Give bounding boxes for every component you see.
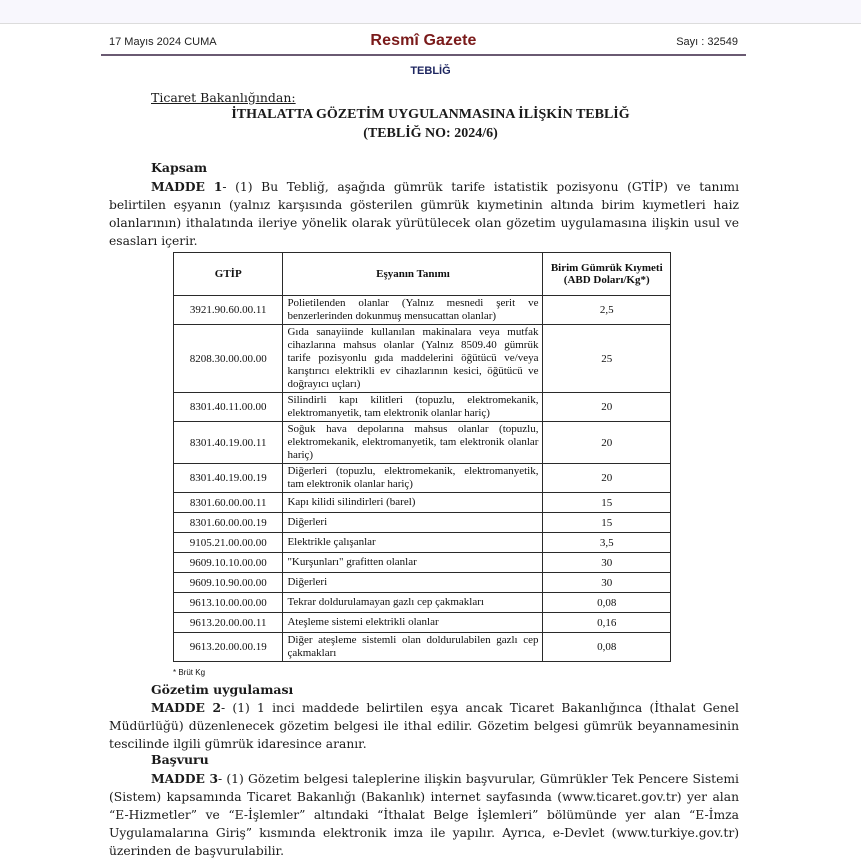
table-footnote: * Brüt Kg <box>173 668 205 677</box>
table-row: 8301.40.19.00.19Diğerleri (topuzlu, elek… <box>174 464 671 493</box>
gtip-cell: 8301.40.19.00.11 <box>174 422 283 464</box>
value-cell: 15 <box>543 513 671 533</box>
description-cell: Kapı kilidi silindirleri (barel) <box>283 493 543 513</box>
table-header-row: GTİP Eşyanın Tanımı Birim Gümrük Kıymeti… <box>174 253 671 296</box>
value-cell: 30 <box>543 553 671 573</box>
gtip-cell: 9613.20.00.00.11 <box>174 613 283 633</box>
col-gtip: GTİP <box>174 253 283 296</box>
table-row: 8301.60.00.00.11Kapı kilidi silindirleri… <box>174 493 671 513</box>
article-2-text: MADDE 2- (1) 1 inci maddede belirtilen e… <box>109 699 739 753</box>
value-cell: 0,08 <box>543 593 671 613</box>
description-cell: Silindirli kapı kilitleri (topuzlu, elek… <box>283 393 543 422</box>
gtip-cell: 9609.10.10.00.00 <box>174 553 283 573</box>
value-cell: 0,08 <box>543 633 671 662</box>
document-title: İTHALATTA GÖZETİM UYGULANMASINA İLİŞKİN … <box>0 107 861 123</box>
description-cell: Diğerleri (topuzlu, elektromekanik, elek… <box>283 464 543 493</box>
value-cell: 25 <box>543 325 671 393</box>
article-1-label: MADDE 1 <box>151 179 222 194</box>
document-number: (TEBLİĞ NO: 2024/6) <box>0 126 861 142</box>
table-row: 9609.10.90.00.00Diğerleri30 <box>174 573 671 593</box>
gazette-brand: Resmî Gazete <box>101 32 746 50</box>
description-cell: Polietilenden olanlar (Yalnız mesnedi şe… <box>283 296 543 325</box>
gtip-cell: 8301.40.11.00.00 <box>174 393 283 422</box>
value-cell: 0,16 <box>543 613 671 633</box>
col-unit-value: Birim Gümrük Kıymeti (ABD Doları/Kg*) <box>543 253 671 296</box>
description-cell: "Kurşunları" grafitten olanlar <box>283 553 543 573</box>
article-1-text: MADDE 1- (1) Bu Tebliğ, aşağıda gümrük t… <box>109 178 739 250</box>
article-3-text: MADDE 3- (1) Gözetim belgesi taleplerine… <box>109 770 739 860</box>
table-row: 3921.90.60.00.11Polietilenden olanlar (Y… <box>174 296 671 325</box>
article-3-heading: Başvuru <box>151 752 209 767</box>
description-cell: Diğerleri <box>283 513 543 533</box>
value-cell: 20 <box>543 464 671 493</box>
table-row: 9613.20.00.00.19Diğer ateşleme sistemli … <box>174 633 671 662</box>
description-cell: Soğuk hava depolarına mahsus olanlar (to… <box>283 422 543 464</box>
issue-number: Sayı : 32549 <box>676 36 738 48</box>
col-description: Eşyanın Tanımı <box>283 253 543 296</box>
article-1-heading: Kapsam <box>151 160 207 175</box>
ministry-name: Ticaret Bakanlığından: <box>151 90 296 105</box>
table-row: 9613.10.00.00.00Tekrar doldurulamayan ga… <box>174 593 671 613</box>
article-3-label: MADDE 3 <box>151 771 218 786</box>
description-cell: Diğer ateşleme sistemli olan doldurulabi… <box>283 633 543 662</box>
article-2-label: MADDE 2 <box>151 700 221 715</box>
gtip-cell: 9613.20.00.00.19 <box>174 633 283 662</box>
table-row: 9613.20.00.00.11Ateşleme sistemi elektri… <box>174 613 671 633</box>
section-label: TEBLİĞ <box>0 65 861 77</box>
description-cell: Gıda sanayiinde kullanılan makinalara ve… <box>283 325 543 393</box>
gtip-cell: 9105.21.00.00.00 <box>174 533 283 553</box>
browser-top-strip <box>0 0 861 24</box>
value-cell: 30 <box>543 573 671 593</box>
table-row: 8208.30.00.00.00Gıda sanayiinde kullanıl… <box>174 325 671 393</box>
gtip-cell: 8301.40.19.00.19 <box>174 464 283 493</box>
description-cell: Ateşleme sistemi elektrikli olanlar <box>283 613 543 633</box>
gtip-cell: 9613.10.00.00.00 <box>174 593 283 613</box>
description-cell: Tekrar doldurulamayan gazlı cep çakmakla… <box>283 593 543 613</box>
gtip-cell: 9609.10.90.00.00 <box>174 573 283 593</box>
description-cell: Diğerleri <box>283 573 543 593</box>
table-row: 8301.60.00.00.19Diğerleri15 <box>174 513 671 533</box>
value-cell: 2,5 <box>543 296 671 325</box>
table-row: 8301.40.19.00.11Soğuk hava depolarına ma… <box>174 422 671 464</box>
gtip-table: GTİP Eşyanın Tanımı Birim Gümrük Kıymeti… <box>173 252 671 662</box>
table-row: 9609.10.10.00.00"Kurşunları" grafitten o… <box>174 553 671 573</box>
table-row: 9105.21.00.00.00Elektrikle çalışanlar3,5 <box>174 533 671 553</box>
value-cell: 20 <box>543 393 671 422</box>
gtip-cell: 8208.30.00.00.00 <box>174 325 283 393</box>
description-cell: Elektrikle çalışanlar <box>283 533 543 553</box>
gtip-cell: 3921.90.60.00.11 <box>174 296 283 325</box>
gtip-cell: 8301.60.00.00.19 <box>174 513 283 533</box>
gazette-header: 17 Mayıs 2024 CUMA Resmî Gazete Sayı : 3… <box>101 30 746 56</box>
value-cell: 3,5 <box>543 533 671 553</box>
value-cell: 15 <box>543 493 671 513</box>
table-row: 8301.40.11.00.00Silindirli kapı kilitler… <box>174 393 671 422</box>
gtip-cell: 8301.60.00.00.11 <box>174 493 283 513</box>
value-cell: 20 <box>543 422 671 464</box>
article-2-heading: Gözetim uygulaması <box>151 682 293 697</box>
